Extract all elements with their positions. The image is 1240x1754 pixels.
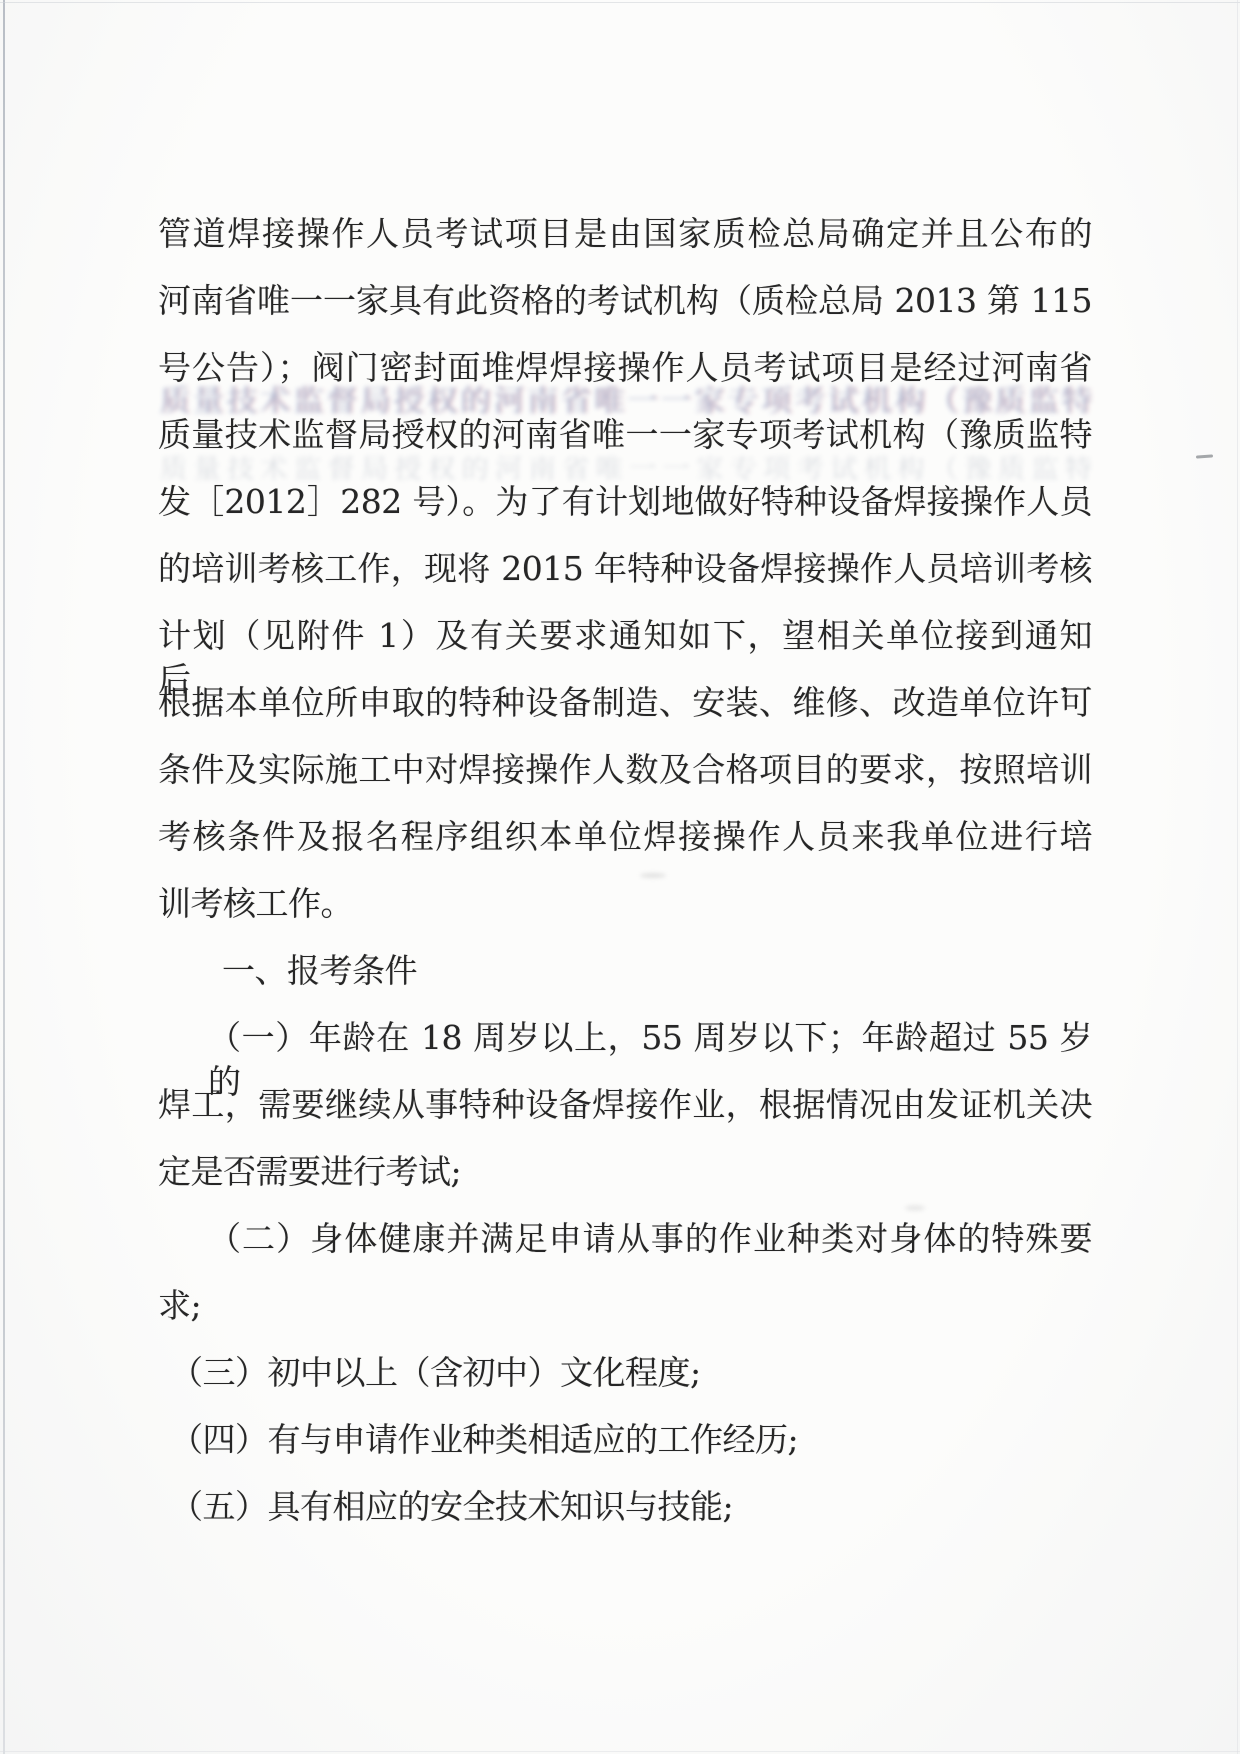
scan-speckle bbox=[905, 1205, 925, 1211]
document-line: （一）年龄在 18 周岁以上，55 周岁以下；年龄超过 55 岁的 bbox=[158, 1016, 1092, 1064]
document-line: 求; bbox=[158, 1284, 1092, 1332]
document-line: 根据本单位所申取的特种设备制造、安装、维修、改造单位许可 bbox=[158, 681, 1092, 729]
scan-speckle-dash bbox=[1196, 454, 1213, 458]
scanned-document-page: 质量技术监督局授权的河南省唯一一家专项考试机构（豫质监特 质量技术监督局授权的河… bbox=[0, 0, 1240, 1754]
scan-edge-bottom bbox=[0, 1751, 1240, 1752]
document-line: 的培训考核工作，现将 2015 年特种设备焊接操作人员培训考核 bbox=[158, 547, 1092, 595]
document-line: 发［2012］282 号）。为了有计划地做好特种设备焊接操作人员 bbox=[158, 480, 1092, 528]
document-line: （二）身体健康并满足申请从事的作业种类对身体的特殊要 bbox=[158, 1217, 1092, 1265]
document-line: 号公告）；阀门密封面堆焊焊接操作人员考试项目是经过河南省 bbox=[158, 346, 1092, 394]
scan-edge-right bbox=[1237, 0, 1238, 1754]
document-line: 焊工，需要继续从事特种设备焊接作业，根据情况由发证机关决 bbox=[158, 1083, 1092, 1131]
document-line: 考核条件及报名程序组织本单位焊接操作人员来我单位进行培 bbox=[158, 815, 1092, 863]
document-line: 质量技术监督局授权的河南省唯一一家专项考试机构（豫质监特 bbox=[158, 413, 1092, 461]
document-line: （五）具有相应的安全技术知识与技能; bbox=[158, 1485, 1092, 1533]
document-heading-line: 一、报考条件 bbox=[158, 949, 1092, 997]
document-line: 河南省唯一一家具有此资格的考试机构（质检总局 2013 第 115 bbox=[158, 279, 1092, 327]
scan-edge-top bbox=[0, 2, 1240, 3]
scan-edge-left bbox=[3, 0, 5, 1754]
document-line: 管道焊接操作人员考试项目是由国家质检总局确定并且公布的 bbox=[158, 212, 1092, 260]
document-line: 定是否需要进行考试; bbox=[158, 1150, 1092, 1198]
document-line: 计划（见附件 1）及有关要求通知如下，望相关单位接到通知后， bbox=[158, 614, 1092, 662]
document-line: 条件及实际施工中对焊接操作人数及合格项目的要求，按照培训 bbox=[158, 748, 1092, 796]
document-line: 训考核工作。 bbox=[158, 882, 1092, 930]
document-line: （四）有与申请作业种类相适应的工作经历; bbox=[158, 1418, 1092, 1466]
document-line: （三）初中以上（含初中）文化程度; bbox=[158, 1351, 1092, 1399]
scan-speckle bbox=[640, 873, 666, 878]
